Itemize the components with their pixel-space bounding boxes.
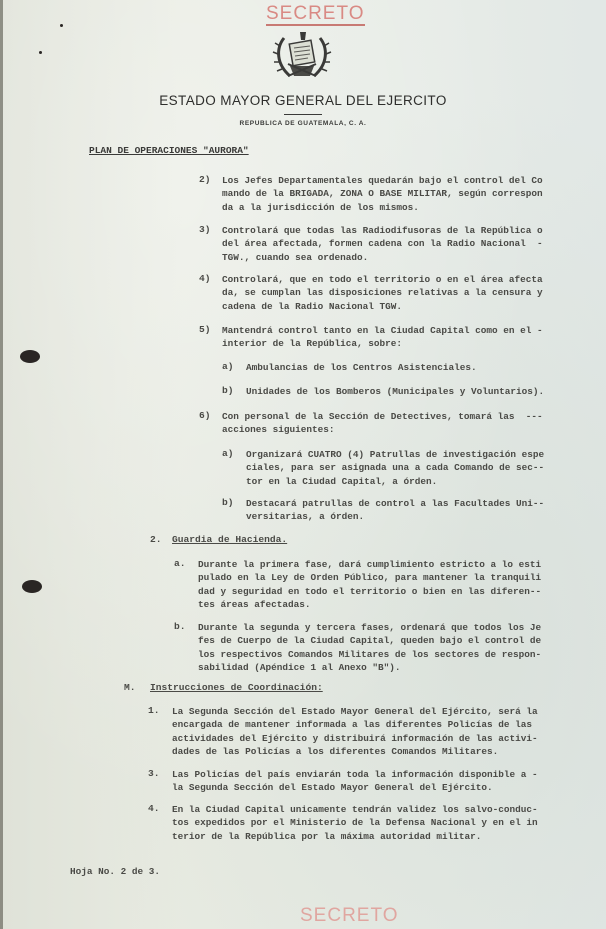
list-item-text: Controlará que todas las Radiodifusoras … bbox=[222, 224, 543, 264]
coordinacion-item-text: La Segunda Sección del Estado Mayor Gene… bbox=[172, 705, 538, 758]
coordinacion-item-number: 3. bbox=[148, 768, 160, 779]
punch-hole bbox=[22, 580, 42, 593]
guardia-item-number: a. bbox=[174, 558, 186, 569]
plan-title: PLAN DE OPERACIONES "AURORA" bbox=[89, 145, 249, 156]
list-item-number: 4) bbox=[199, 273, 211, 284]
list-item-number: 3) bbox=[199, 224, 211, 235]
republic-subtitle: REPUBLICA DE GUATEMALA, C. A. bbox=[0, 120, 606, 127]
coat-of-arms-icon bbox=[272, 30, 332, 82]
page-number: Hoja No. 2 de 3. bbox=[70, 866, 160, 877]
list-item-number: a) bbox=[222, 361, 234, 372]
punch-hole bbox=[20, 350, 40, 363]
coordinacion-item-text: En la Ciudad Capital unicamente tendrán … bbox=[172, 803, 538, 843]
section-coordinacion-heading: Instrucciones de Coordinación: bbox=[150, 682, 323, 693]
list-item-text: Con personal de la Sección de Detectives… bbox=[222, 410, 543, 437]
list-item-number: 5) bbox=[199, 324, 211, 335]
section-coordinacion-number: M. bbox=[124, 682, 136, 693]
list-item-text: Destacará patrullas de control a las Fac… bbox=[246, 497, 544, 524]
secret-stamp-bottom: SECRETO bbox=[300, 905, 399, 927]
list-item-number: 6) bbox=[199, 410, 211, 421]
secret-stamp-top: SECRETO bbox=[266, 4, 365, 26]
list-item-text: Ambulancias de los Centros Asistenciales… bbox=[246, 361, 477, 374]
guardia-item-text: Durante la primera fase, dará cumplimien… bbox=[198, 558, 541, 611]
list-item-text: Los Jefes Departamentales quedarán bajo … bbox=[222, 174, 543, 214]
list-item-number: a) bbox=[222, 448, 234, 459]
list-item-number: b) bbox=[222, 385, 234, 396]
list-item-text: Mantendrá control tanto en la Ciudad Cap… bbox=[222, 324, 543, 351]
guardia-item-number: b. bbox=[174, 621, 186, 632]
list-item-text: Unidades de los Bomberos (Municipales y … bbox=[246, 385, 544, 398]
organization-title: ESTADO MAYOR GENERAL DEL EJERCITO bbox=[0, 93, 606, 108]
list-item-text: Controlará, que en todo el territorio o … bbox=[222, 273, 543, 313]
page-edge bbox=[0, 0, 3, 929]
list-item-number: 2) bbox=[199, 174, 211, 185]
coordinacion-item-text: Las Policías del país enviarán toda la i… bbox=[172, 768, 538, 795]
coordinacion-item-number: 4. bbox=[148, 803, 160, 814]
list-item-number: b) bbox=[222, 497, 234, 508]
guardia-item-text: Durante la segunda y tercera fases, orde… bbox=[198, 621, 541, 674]
title-divider bbox=[284, 114, 322, 115]
coordinacion-item-number: 1. bbox=[148, 705, 160, 716]
margin-mark bbox=[60, 24, 63, 27]
list-item-text: Organizará CUATRO (4) Patrullas de inves… bbox=[246, 448, 544, 488]
section-guardia-number: 2. bbox=[150, 534, 162, 545]
margin-mark bbox=[39, 51, 42, 54]
section-guardia-heading: Guardia de Hacienda. bbox=[172, 534, 287, 545]
